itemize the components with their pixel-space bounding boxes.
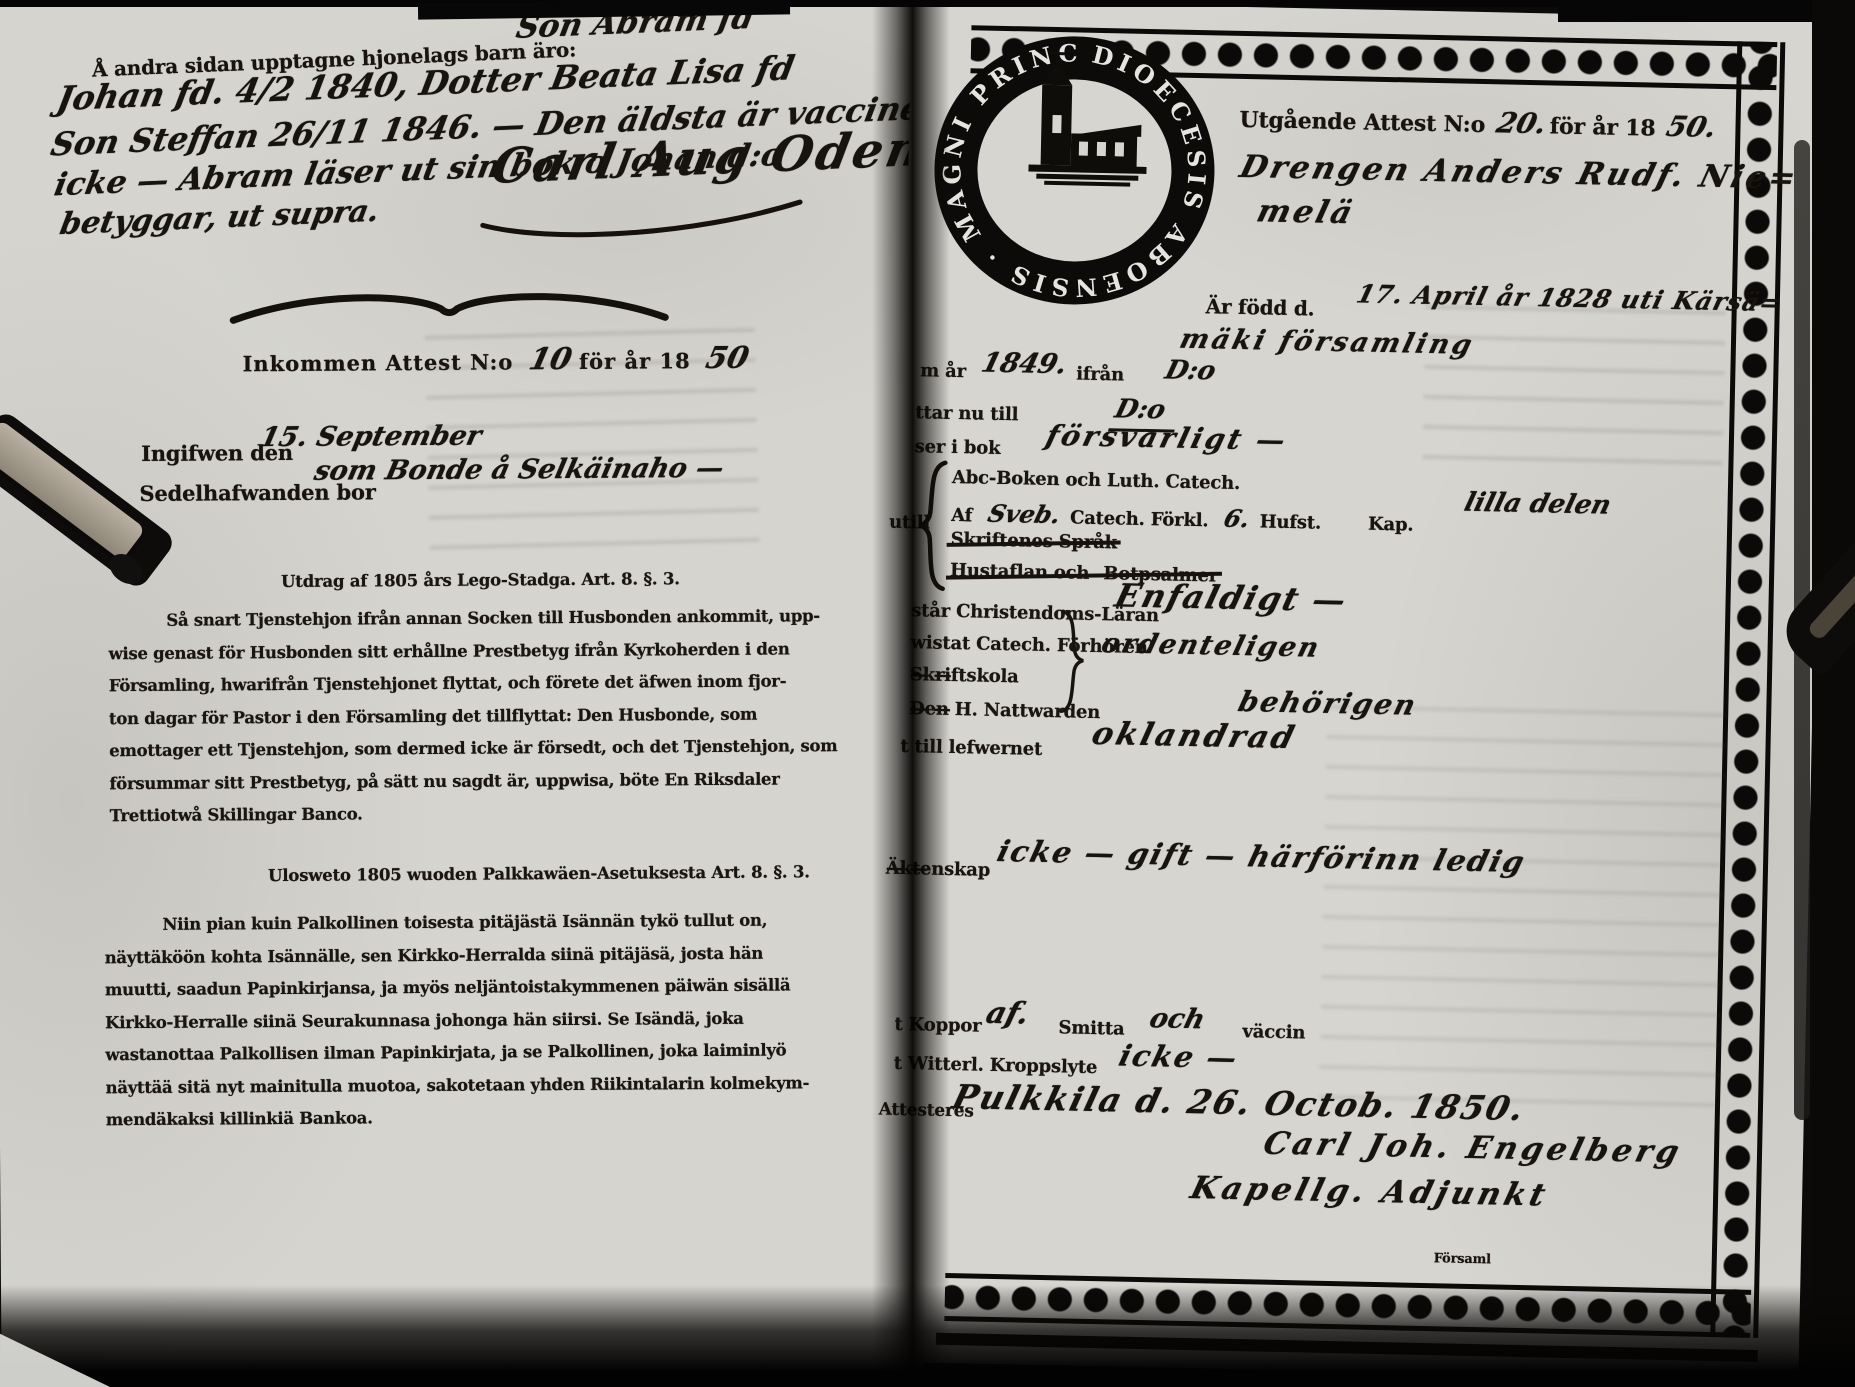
reading-item-hufst-label: Hufst. <box>1259 511 1321 533</box>
reading-item-skriftenes-struck: Skriftenes Språk <box>950 529 1117 553</box>
reading-item-chapter-handwritten: 6. <box>1221 504 1253 533</box>
statute-line: Så snart Tjenstehjon ifrån annan Socken … <box>108 600 868 638</box>
footer-small-print: Församl <box>1434 1251 1491 1267</box>
moved-from-label-a: m år <box>920 360 966 382</box>
reads-in-book-value-handwritten: försvarligt — <box>1043 419 1292 457</box>
reading-brace <box>916 458 949 593</box>
bleedthrough-ghost <box>1423 279 1727 465</box>
attest-year-handwritten: 50. <box>1663 110 1720 144</box>
statute-line: näyttää sitä nyt mainitulla muotoa, sako… <box>105 1066 865 1104</box>
signature-flourish <box>478 196 809 252</box>
diocese-seal: DIOECESIS ABOENSIS · MAGNI PRINC · <box>921 22 1227 318</box>
reads-in-book-label: ser i bok <box>914 436 1000 459</box>
bodily-defect-label: t Witterl. Kroppslyte <box>894 1053 1098 1078</box>
swedish-statute-paragraph: Så snart Tjenstehjon ifrån annan Socken … <box>108 600 870 833</box>
reading-item-extent-handwritten: lilla delen <box>1461 488 1614 521</box>
marriage-label: Äktenskap <box>886 858 991 881</box>
catechism-exam-value-handwritten: ordenteligen <box>1098 628 1324 663</box>
moved-from-year-handwritten: 1849. <box>978 348 1070 381</box>
issuer-signature-line-2: Kapellg. Adjunkt <box>1187 1170 1553 1213</box>
photo-right-edge <box>1812 0 1855 1387</box>
reading-item-af-label: Af <box>951 505 972 526</box>
smitta-label: Smitta <box>1058 1017 1124 1039</box>
issuer-signature-line-1: Carl Joh. Engelberg <box>1260 1126 1687 1171</box>
border-chain-right <box>1710 41 1785 1338</box>
left-page: Å andra sidan upptagne hjonelags barn är… <box>0 0 924 1387</box>
handwritten-closing-brace <box>1057 609 1089 714</box>
right-attest-heading: Utgående Attest N:o 20. för år 18 50. <box>1239 101 1712 144</box>
statute-line: Trettiotwå Skillingar Banco. <box>110 795 870 833</box>
statute-line: ton dagar för Pastor i den Församling de… <box>109 697 869 735</box>
statute-line: Kirkko-Herralle siinä Seurakunnasa johon… <box>105 1001 865 1039</box>
moved-from-label-b: ifrån <box>1076 364 1124 386</box>
reading-item-catech-label: Catech. Förkl. <box>1070 507 1209 531</box>
person-name-line-1: Drengen Anders Rudf. Nie= <box>1236 149 1802 196</box>
statute-line: försummar sitt Prestbetyg, på sätt nu sa… <box>109 762 869 800</box>
smallpox-label: t Koppor <box>894 1014 981 1037</box>
scanned-parish-register-photo: Å andra sidan upptagne hjonelags barn är… <box>0 0 1855 1387</box>
nattwarden-label: Den H. Nattwarden <box>909 698 1100 723</box>
attest-number-handwritten: 20. <box>1493 106 1550 140</box>
border-rule-bottom <box>936 1333 1758 1362</box>
person-name-line-2: melä <box>1253 193 1358 231</box>
bleedthrough-ghost <box>424 314 759 550</box>
statute-line: mendäkaksi killinkiä Bankoa. <box>106 1099 866 1137</box>
finnish-statute-heading: Ulosweto 1805 wuoden Palkkawäen-Asetukse… <box>268 862 810 885</box>
smallpox-value-a-handwritten: af. <box>982 996 1033 1032</box>
born-label: Är född d. <box>1205 294 1314 320</box>
statute-line: Niin pian kuin Palkollinen toisesta pitä… <box>104 904 864 942</box>
attest-heading-prefix: Utgående Attest N:o <box>1239 107 1485 138</box>
moves-to-label: ttar nu till <box>915 402 1018 425</box>
finnish-statute-paragraph: Niin pian kuin Palkollinen toisesta pitä… <box>104 904 866 1137</box>
photo-top-edge-right <box>1558 0 1855 22</box>
conduct-label: t till lefwernet <box>900 736 1042 760</box>
swedish-statute-heading: Utdrag af 1805 års Lego-Stadga. Art. 8. … <box>281 569 680 591</box>
bleedthrough-ghost <box>1319 699 1727 1107</box>
border-chain-bottom <box>944 1273 1751 1338</box>
smallpox-value-b-handwritten: och <box>1146 1003 1208 1035</box>
statute-line: wastanottaa Palkollisen ilman Papinkirja… <box>105 1034 865 1072</box>
reading-item-hustaflan-label: Hustaflan och <box>950 560 1090 584</box>
statute-line: wise genast för Husbonden sitt erhållne … <box>108 632 868 670</box>
statute-line: muutti, saadun Papinkirjansa, ja myös ne… <box>105 969 865 1007</box>
reading-item-abc: Abc-Boken och Luth. Catech. <box>952 467 1241 494</box>
vaccine-label: väccin <box>1242 1021 1305 1043</box>
statute-line: emottager ett Tjenstehjon, som dermed ic… <box>109 730 869 768</box>
right-page: DIOECESIS ABOENSIS · MAGNI PRINC · <box>883 0 1826 1381</box>
statute-line: Församling, hwarifrån Tjenstehjonet flyt… <box>109 665 869 703</box>
left-top-note: Å andra sidan upptagne hjonelags barn är… <box>42 0 851 269</box>
statute-line: näyttäköön kohta Isännälle, sen Kirkko-H… <box>105 936 865 974</box>
skriftskola-label: Skriftskola <box>910 664 1019 687</box>
conduct-value-handwritten: oklandrad <box>1088 716 1300 756</box>
reading-item-sveb-handwritten: Sveb. <box>985 499 1064 529</box>
reading-item-kap-label: Kap. <box>1368 514 1414 536</box>
moved-from-value-handwritten: D:o <box>1162 355 1219 386</box>
attest-heading-year-prefix: för år 18 <box>1550 113 1656 141</box>
christendom-value-handwritten: Enfaldigt — <box>1111 576 1352 619</box>
bodily-defect-value-handwritten: icke — <box>1116 1039 1243 1075</box>
